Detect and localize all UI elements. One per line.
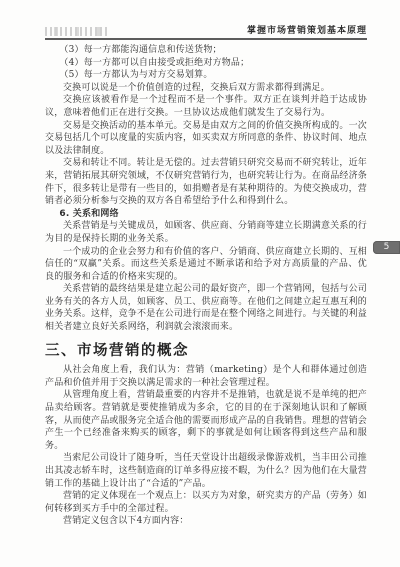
section-heading: 三、市场营销的概念 — [45, 345, 367, 358]
paragraph: 交换应该被看作是一个过程而不是一个事件。双方正在谈判并趋于达成协议，意味着他们正… — [45, 94, 367, 119]
barcode-icon — [45, 27, 107, 36]
page-header: 掌握市场营销策划基本原理 — [45, 24, 367, 40]
list-item: （3）每一方都能沟通信息和传送货物； — [45, 44, 367, 57]
book-page: 掌握市场营销策划基本原理 5 （3）每一方都能沟通信息和传送货物； （4）每一方… — [0, 0, 400, 567]
paragraph: 当索尼公司设计了随身听，当任天堂设计出超级录像游戏机，当丰田公司推出其凌志轿车时… — [45, 452, 367, 490]
paragraph: 从管理角度上看，营销最重要的内容并不是推销，也就是说不是单纯的把产品卖给顾客。营… — [45, 389, 367, 452]
paragraph: 营销的定义体现在一个观点上：以买方为对象，研究卖方的产品（劳务）如何转移到买方手… — [45, 490, 367, 515]
paragraph: 交换可以说是一个价值创造的过程，交换后双方需求都得到满足。 — [45, 82, 367, 95]
running-head-title: 掌握市场营销策划基本原理 — [247, 23, 367, 36]
paragraph: 交易是交换活动的基本单元。交易是由双方之间的价值交换所构成的。一次交易包括几个可… — [45, 120, 367, 158]
body-text: （3）每一方都能沟通信息和传送货物； （4）每一方都可以自由接受或拒绝对方物品；… — [45, 44, 367, 528]
paragraph: 交易和转让不同。转让是无偿的。过去营销只研究交易而不研究转让，近年来，营销拓展其… — [45, 157, 367, 207]
paragraph: 从社会角度上看，我们认为：营销（marketing）是个人和群体通过创造产品和价… — [45, 364, 367, 389]
subsection-heading: 6. 关系和网络 — [45, 208, 367, 221]
paragraph: 关系营销是与关键成员，如顾客、供应商、分销商等建立长期满意关系的行为目的是保持长… — [45, 220, 367, 245]
paragraph: 营销定义包含以下4方面内容： — [45, 515, 367, 528]
list-item: （5）每一方都认为与对方交易划算。 — [45, 69, 367, 82]
paragraph: 关系营销的最终结果是建立起公司的最好资产，即一个营销网，包括与公司业务有关的各方… — [45, 283, 367, 333]
page-number-tab: 5 — [373, 241, 400, 254]
paragraph: 一个成功的企业会努力和有价值的客户、分销商、供应商建立长期的、互相信任的“双赢”… — [45, 246, 367, 284]
list-item: （4）每一方都可以自由接受或拒绝对方物品； — [45, 57, 367, 70]
